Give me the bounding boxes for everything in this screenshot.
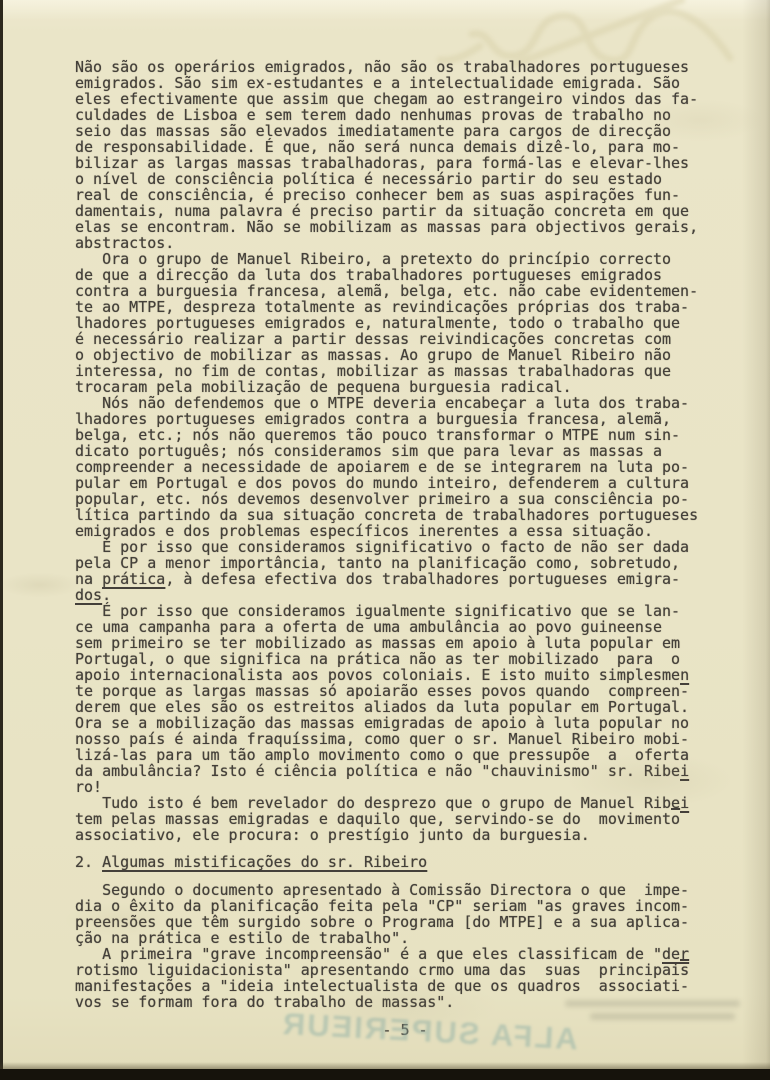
bleedthrough-smudge: [590, 1013, 735, 1020]
text-line: emigrados. São sim ex-estudantes e a int…: [75, 75, 747, 91]
text-line: na prática, à defesa efectiva dos trabal…: [75, 571, 747, 587]
text-line: lhadores portugueses emigrados contra a …: [75, 411, 747, 427]
text-line: apoio internacionalista aos povos coloni…: [75, 667, 747, 683]
text-line: Ora se a mobilização das massas emigrada…: [75, 715, 747, 731]
text-line: seio das massas são elevados imediatamen…: [75, 123, 747, 139]
text-line: pular em Portugal e dos povos do mundo i…: [75, 475, 747, 491]
scan-right-shade: [742, 0, 770, 1080]
text-segment: Algumas mistificações do sr. Ribeiro: [102, 853, 427, 871]
scanned-page: Não são os operários emigrados, não são …: [0, 0, 770, 1080]
text-line: É por isso que consideramos significativ…: [75, 539, 747, 555]
text-line: emigrados e dos problemas específicos in…: [75, 523, 747, 539]
text-line: lizá-las para um tão amplo movimento com…: [75, 747, 747, 763]
text-line: damentais, numa palavra é preciso partir…: [75, 203, 747, 219]
text-segment: o: [671, 810, 680, 828]
text-line: contra a burguesia francesa, alemã, belg…: [75, 283, 747, 299]
text-line: de que a direcção da luta dos trabalhado…: [75, 267, 747, 283]
text-line: dicato português; nós consideramos sim q…: [75, 443, 747, 459]
text-line: é necessário realizar a partir dessas re…: [75, 331, 747, 347]
scan-left-edge: [0, 0, 3, 1080]
text-line: lítica partindo da sua situação concreta…: [75, 507, 747, 523]
text-line: preensões que têm surgido sobre o Progra…: [75, 914, 747, 930]
text-line: ção na prática e estilo de trabalho".: [75, 930, 747, 946]
text-line: Portugal, o que significa na prática não…: [75, 651, 747, 667]
text-line: dia o êxito da planificação feita pela "…: [75, 898, 747, 914]
text-line: derem que eles são os estreitos aliados …: [75, 699, 747, 715]
text-line: sem primeiro se ter mobilizado as massas…: [75, 635, 747, 651]
text-line: Tudo isto é bem revelador do desprezo qu…: [75, 795, 747, 811]
text-line: manifestações a "ideia intelectualista d…: [75, 978, 747, 994]
text-line: bilizar as largas massas trabalhadoras, …: [75, 155, 747, 171]
text-segment: prática: [102, 570, 165, 588]
section-heading: 2. Algumas mistificações do sr. Ribeiro: [75, 854, 747, 870]
text-line: pela CP a menor importância, tanto na pl…: [75, 555, 747, 571]
bleedthrough-smudge: [565, 1000, 740, 1007]
text-line: dos.: [75, 587, 747, 603]
text-line: te ao MTPE, despreza totalmente as revin…: [75, 299, 747, 315]
text-segment: i: [680, 762, 689, 780]
text-line: popular, etc. nós devemos desenvolver pr…: [75, 491, 747, 507]
text-segment: i: [680, 794, 689, 812]
text-line: rotismo liguidacionista" apresentando cr…: [75, 962, 747, 978]
text-segment: 2.: [75, 853, 102, 871]
text-line: interessa, no fim de contas, mobilizar a…: [75, 363, 747, 379]
text-line: ro!: [75, 779, 747, 795]
text-line: ce uma campanha para a oferta de uma amb…: [75, 619, 747, 635]
text-line: elas se encontram. Não se mobilizam as m…: [75, 219, 747, 235]
text-segment: da ambulância? Isto é ciência política e…: [75, 762, 680, 780]
text-segment: associativo, ele procura: o prestígio ju…: [75, 826, 590, 844]
text-line: abstractos.: [75, 235, 747, 251]
text-line: da ambulância? Isto é ciência política e…: [75, 763, 747, 779]
text-line: o nível de consciência política é necess…: [75, 171, 747, 187]
text-line: belga, etc.; nós não queremos tão pouco …: [75, 427, 747, 443]
text-line: Nós não defendemos que o MTPE deveria en…: [75, 395, 747, 411]
text-line: Segundo o documento apresentado à Comiss…: [75, 882, 747, 898]
text-line: eles efectivamente que assim que chegam …: [75, 91, 747, 107]
text-line: Não são os operários emigrados, não são …: [75, 59, 747, 75]
text-line: Ora o grupo de Manuel Ribeiro, a pretext…: [75, 251, 747, 267]
text-line: tem pelas massas emigradas e daquilo que…: [75, 811, 747, 827]
text-line: real de consciência, é preciso conhecer …: [75, 187, 747, 203]
text-line: o objectivo de mobilizar as massas. Ao g…: [75, 347, 747, 363]
text-segment: , à defesa efectiva dos trabalhadores po…: [165, 570, 680, 588]
text-line: de responsabilidade. É que, não será nun…: [75, 139, 747, 155]
text-line: associativo, ele procura: o prestígio ju…: [75, 827, 747, 843]
text-line: A primeira "grave incompreensão" é a que…: [75, 946, 747, 962]
typewritten-text: Não são os operários emigrados, não são …: [75, 59, 747, 1010]
scan-bottom-shadow: [0, 1062, 770, 1069]
text-line: lhadores portugueses emigrados e, natura…: [75, 315, 747, 331]
scan-bottom-edge: [0, 1069, 770, 1080]
text-line: trocaram pela mobilização de pequena bur…: [75, 379, 747, 395]
text-line: nosso país é ainda fraquíssima, como que…: [75, 731, 747, 747]
text-line: compreender a necessidade de apoiarem e …: [75, 459, 747, 475]
text-line: te porque as largas massas só apoiarão e…: [75, 683, 747, 699]
text-line: culdades de Lisboa e sem terem dado nenh…: [75, 107, 747, 123]
text-line: É por isso que consideramos igualmente s…: [75, 603, 747, 619]
